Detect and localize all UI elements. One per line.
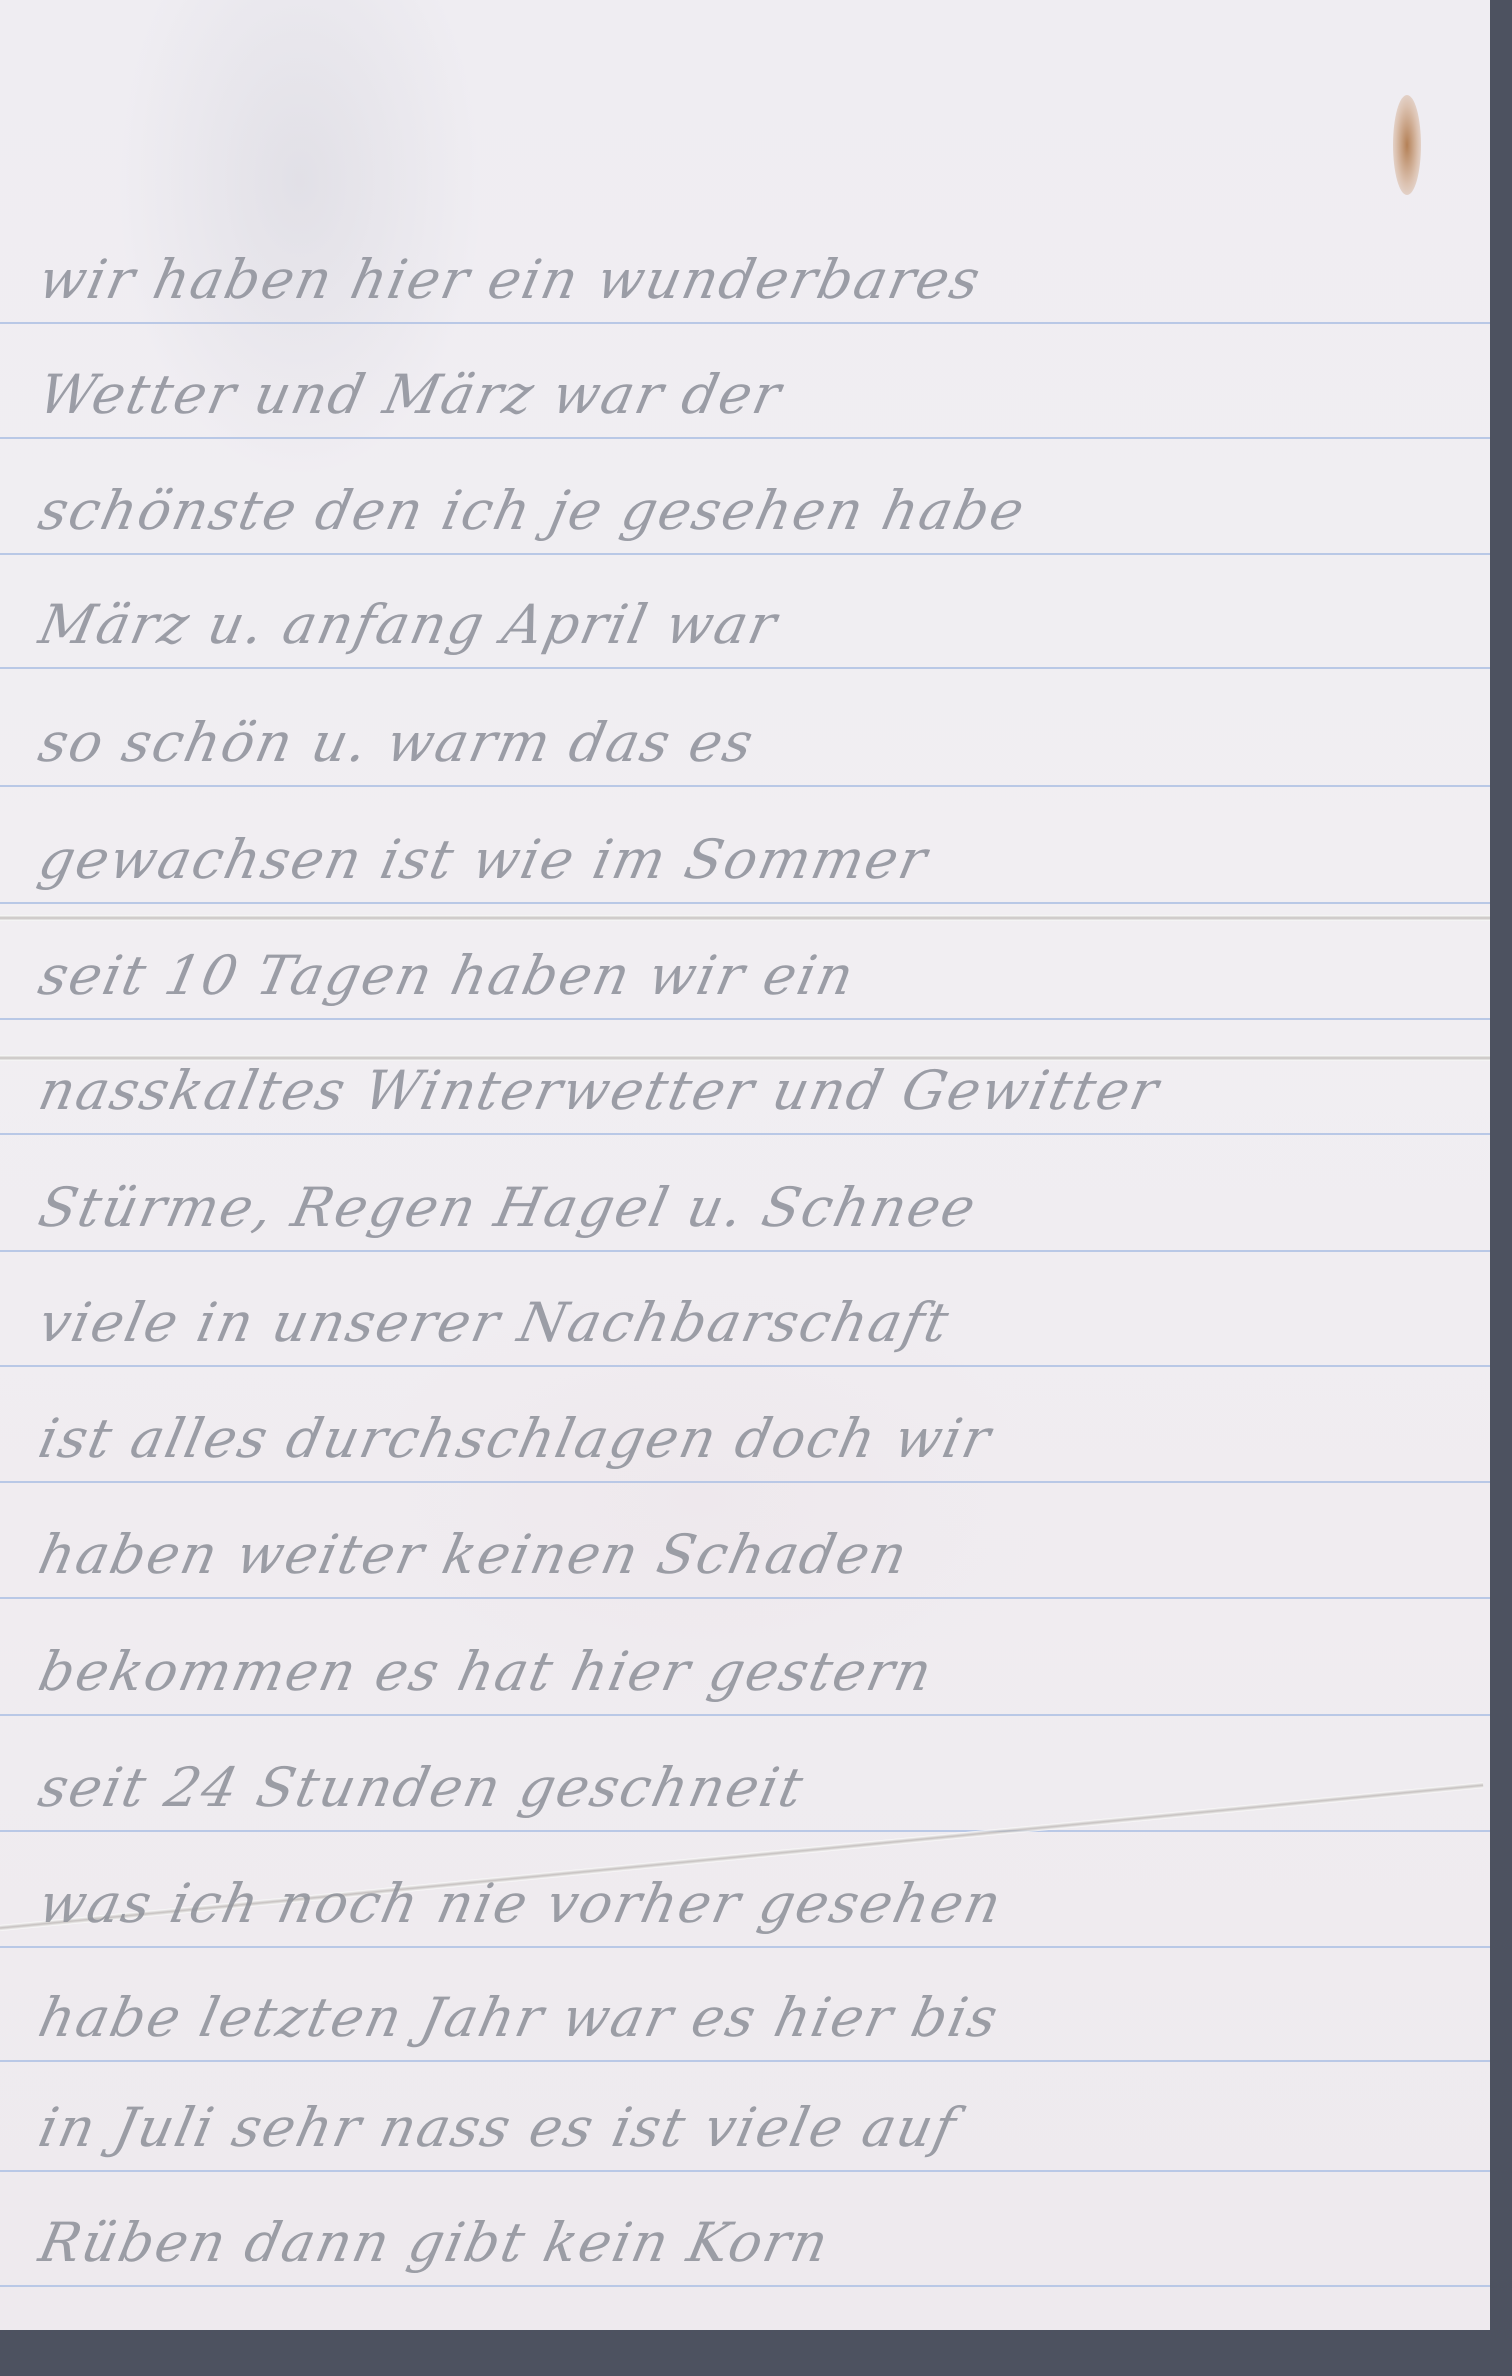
handwritten-line: Stürme, Regen Hagel u. Schnee [30,1163,1469,1253]
letter-page: wir haben hier ein wunderbares Wetter un… [0,0,1490,2330]
handwritten-line: habe letzten Jahr war es hier bis [30,1973,1469,2063]
handwritten-line: haben weiter keinen Schaden [30,1510,1469,1600]
handwritten-line: wir haben hier ein wunderbares [30,235,1469,325]
handwritten-line: seit 10 Tagen haben wir ein [30,931,1469,1021]
handwritten-line: ist alles durchschlagen doch wir [30,1394,1469,1484]
fold-crease [0,915,1490,921]
handwritten-line: gewachsen ist wie im Sommer [30,815,1469,905]
handwritten-line: schönste den ich je gesehen habe [30,466,1469,556]
rust-stain [1393,95,1421,195]
handwritten-line: so schön u. warm das es [30,698,1469,788]
handwritten-line: viele in unserer Nachbarschaft [30,1278,1469,1368]
handwritten-line: Rüben dann gibt kein Korn [30,2198,1469,2288]
handwritten-line: seit 24 Stunden geschneit [30,1743,1469,1833]
handwritten-line: Wetter und März war der [30,350,1469,440]
handwritten-line: bekommen es hat hier gestern [30,1627,1469,1717]
handwritten-line: was ich noch nie vorher gesehen [30,1859,1469,1949]
handwritten-line: März u. anfang April war [30,580,1469,670]
handwritten-line: in Juli sehr nass es ist viele auf [30,2083,1469,2173]
handwritten-line: nasskaltes Winterwetter und Gewitter [30,1046,1469,1136]
